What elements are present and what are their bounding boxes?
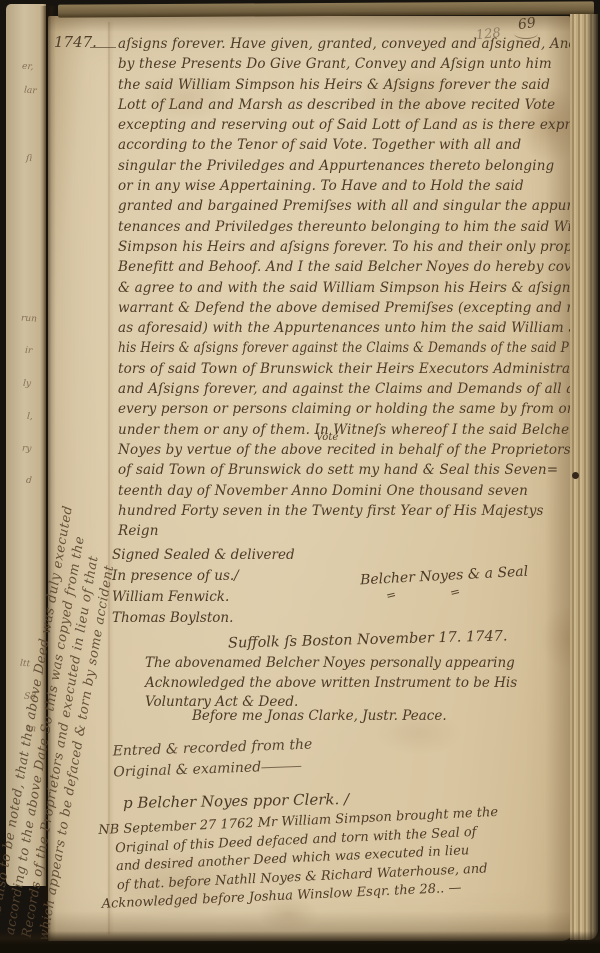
- deed-line: & agree to and with the said William Sim…: [118, 278, 575, 298]
- seal-mark: =: [448, 584, 461, 600]
- attestation-line: In presence of us./: [112, 566, 295, 587]
- edge-text-fragment: run: [21, 313, 38, 324]
- deed-line: tors of said Town of Brunswick their Hei…: [118, 359, 575, 379]
- deed-line: and Aſsigns forever, and against the Cla…: [118, 379, 575, 399]
- deed-line: aſsigns forever. Have given, granted, co…: [118, 34, 575, 54]
- deed-line: according to the Tenor of said Vote. Tog…: [118, 135, 575, 155]
- edge-text-fragment: er,: [22, 62, 34, 73]
- bottom-background-band: [0, 931, 600, 953]
- attestation-line: Signed Sealed & delivered: [112, 545, 295, 566]
- photographed-ledger-scene: er, lar ſi run ir ly l, ry d ltt Sd rn 1…: [0, 0, 600, 953]
- deed-line: granted and bargained Premiſses with all…: [118, 196, 575, 216]
- edge-text-fragment: ir: [25, 346, 33, 356]
- deed-body-text: aſsigns forever. Have given, granted, co…: [118, 34, 575, 541]
- deed-line: Reign: [118, 521, 575, 541]
- deed-line: Benefitt and Behoof. And I the said Belc…: [118, 257, 575, 277]
- deed-line: hundred Forty seven in the Twenty first …: [118, 501, 575, 521]
- grantor-signature-seal: Belcher Noyes & a Seal: [360, 564, 529, 589]
- edge-text-fragment: ly: [23, 379, 32, 390]
- deed-line: teenth day of November Anno Domini One t…: [118, 481, 575, 501]
- deed-line: every person or persons claiming or hold…: [118, 399, 575, 419]
- edge-text-fragment: ſi: [26, 154, 33, 164]
- ink-blot: [572, 472, 579, 479]
- acknowledgment-block: The abovenamed Belcher Noyes personally …: [145, 654, 517, 713]
- deed-line: Noyes by vertue of the above recited in …: [118, 440, 575, 460]
- recording-note-line: Original & examined: [113, 759, 261, 780]
- edge-text-fragment: lar: [24, 86, 37, 97]
- margin-year-label: 1747.: [54, 33, 97, 51]
- edge-text-fragment: d: [26, 476, 32, 486]
- deed-line: under them or any of them. In Witneſs wh…: [118, 420, 575, 440]
- edge-text-fragment: ltt: [20, 659, 31, 670]
- witness-signature: William Fenwick.: [112, 587, 295, 608]
- deed-line: Simpson his Heirs and aſsigns forever. T…: [118, 237, 575, 257]
- acknowledgment-heading: Suffolk ſs Boston November 17. 1747.: [228, 628, 508, 651]
- interlinear-insertion: Vote: [316, 432, 338, 443]
- deed-line: excepting and reserving out of Said Lott…: [118, 115, 575, 135]
- seal-mark: =: [384, 587, 397, 603]
- acknowledgment-line: Acknowledged the above written Instrumen…: [145, 674, 517, 694]
- deed-line: Lott of Land and Marsh as described in t…: [118, 95, 575, 115]
- witness-signature: Thomas Boylston.: [112, 608, 295, 629]
- attestation-block: Signed Sealed & delivered In presence of…: [112, 545, 295, 629]
- edge-text-fragment: ry: [22, 444, 32, 455]
- clerk-signature: p Belcher Noyes ppor Clerk. /: [123, 790, 349, 812]
- deed-line: or in any wise Appertaining. To Have and…: [118, 176, 575, 196]
- deed-line: by these Presents Do Give Grant, Convey …: [118, 54, 575, 74]
- deed-line: singular the Priviledges and Appurtenanc…: [118, 156, 575, 176]
- deed-line: warrant & Defend the above demised Premi…: [118, 298, 575, 318]
- deed-line: tenances and Priviledges thereunto belon…: [118, 217, 575, 237]
- nb-postscript: NB September 27 1762 Mr William Simpson …: [98, 800, 575, 915]
- deed-line: of said Town of Brunswick do sett my han…: [118, 460, 575, 480]
- pen-flourish: [261, 766, 301, 768]
- year-underline-flourish: [90, 47, 116, 48]
- deed-line: the said William Simpson his Heirs & Aſs…: [118, 75, 575, 95]
- deed-line: as aforesaid) with the Appurtenances unt…: [118, 318, 575, 338]
- justice-signature-line: Before me Jonas Clarke, Justr. Peace.: [192, 708, 447, 724]
- edge-text-fragment: l,: [27, 412, 33, 422]
- acknowledgment-line: The abovenamed Belcher Noyes personally …: [145, 654, 517, 674]
- recording-note: Entred & recorded from the Original & ex…: [112, 735, 313, 784]
- deed-line: his Heirs & aſsigns forever against the …: [118, 338, 534, 358]
